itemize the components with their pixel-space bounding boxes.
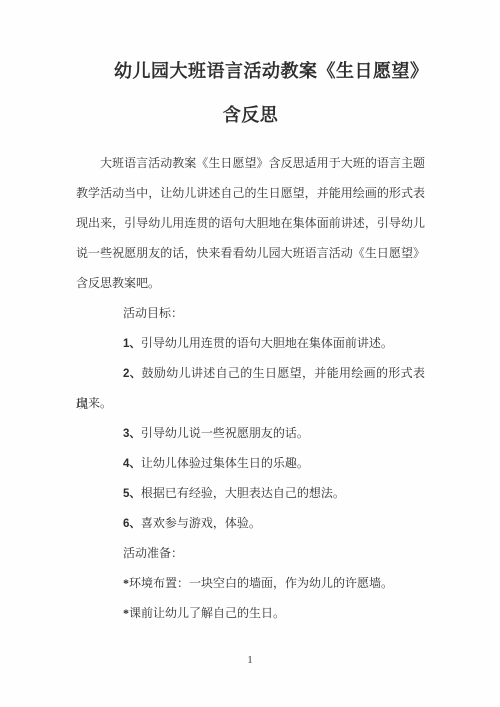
list-item: 6、喜欢参与游戏，体验。 — [76, 508, 425, 538]
list-item: 1、引导幼儿用连贯的语句大胆地在集体面前讲述。 — [76, 328, 425, 358]
bullet-item-text: 环境布置：一块空白的墙面，作为幼儿的许愿墙。 — [129, 576, 393, 590]
list-number: 5、 — [123, 488, 141, 500]
title-line-1: 幼儿园大班语言活动教案《生日愿望》 — [76, 49, 425, 93]
list-item: 2、鼓励幼儿讲述自己的生日愿望，并能用绘画的形式表现 — [76, 358, 425, 388]
list-number: 1、 — [123, 338, 141, 350]
title-line-2: 含反思 — [76, 93, 425, 137]
list-number: 6、 — [123, 518, 141, 530]
body-line: 含反思教案吧。 — [76, 268, 425, 298]
list-item-continuation: 出来。 — [76, 388, 425, 418]
document-title: 幼儿园大班语言活动教案《生日愿望》 含反思 — [76, 49, 425, 137]
list-item-text: 引导幼儿用连贯的语句大胆地在集体面前讲述。 — [141, 336, 393, 350]
body-line: 大班语言活动教案《生日愿望》含反思适用于大班的语言主题 — [76, 148, 425, 178]
body-line: 教学活动当中，让幼儿讲述自己的生日愿望，并能用绘画的形式表 — [76, 178, 425, 208]
page-number: 1 — [0, 650, 500, 670]
list-number: 3、 — [123, 428, 141, 440]
list-item-text: 让幼儿体验过集体生日的乐趣。 — [141, 456, 309, 470]
list-item: 4、让幼儿体验过集体生日的乐趣。 — [76, 448, 425, 478]
list-item-text: 引导幼儿说一些祝愿朋友的话。 — [141, 426, 309, 440]
list-number: 2、 — [123, 368, 142, 380]
list-item-text: 喜欢参与游戏，体验。 — [141, 516, 261, 530]
list-item: 3、引导幼儿说一些祝愿朋友的话。 — [76, 418, 425, 448]
document-page: 幼儿园大班语言活动教案《生日愿望》 含反思 大班语言活动教案《生日愿望》含反思适… — [0, 0, 500, 707]
bullet-item: *课前让幼儿了解自己的生日。 — [76, 598, 425, 628]
list-item: 5、根据已有经验，大胆表达自己的想法。 — [76, 478, 425, 508]
list-number: 4、 — [123, 458, 141, 470]
section-heading-preparation: 活动准备： — [76, 538, 425, 568]
body-line: 说一些祝愿朋友的话，快来看看幼儿园大班语言活动《生日愿望》 — [76, 238, 425, 268]
list-item-text: 根据已有经验，大胆表达自己的想法。 — [141, 486, 345, 500]
bullet-item: *环境布置：一块空白的墙面，作为幼儿的许愿墙。 — [76, 568, 425, 598]
body-line: 现出来，引导幼儿用连贯的语句大胆地在集体面前讲述，引导幼儿 — [76, 208, 425, 238]
section-heading-goals: 活动目标： — [76, 298, 425, 328]
document-body: 大班语言活动教案《生日愿望》含反思适用于大班的语言主题 教学活动当中，让幼儿讲述… — [76, 148, 425, 628]
bullet-item-text: 课前让幼儿了解自己的生日。 — [129, 606, 285, 620]
